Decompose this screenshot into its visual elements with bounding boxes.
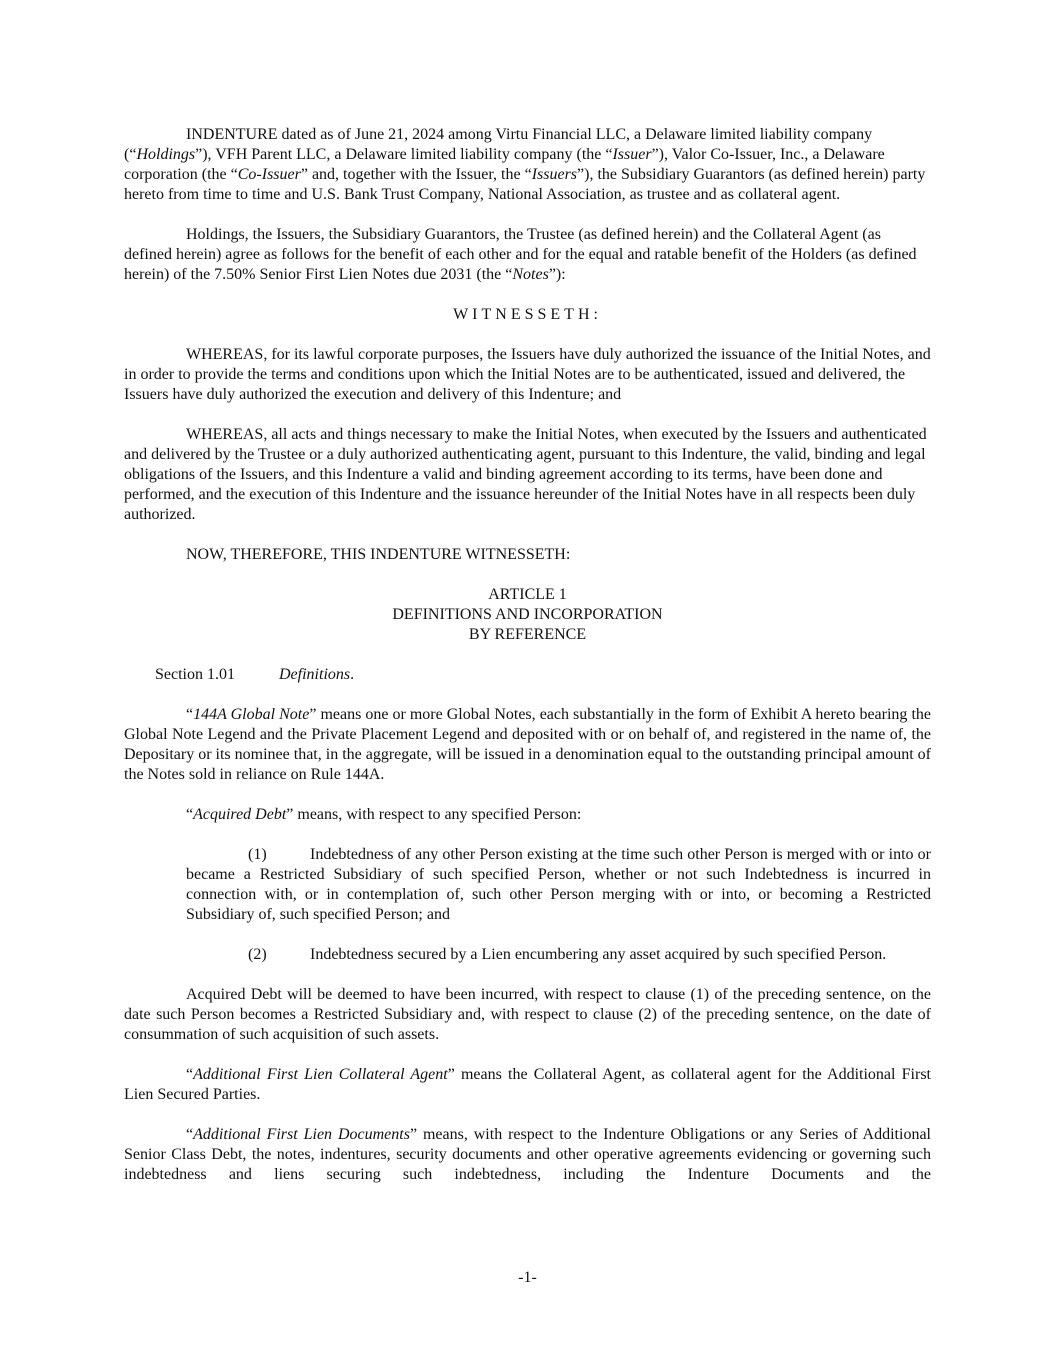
clause-label: (2) — [248, 945, 310, 965]
definition-additional-first-lien-collateral-agent: “Additional First Lien Collateral Agent”… — [124, 1065, 931, 1105]
witnesseth-heading: WITNESSETH: — [124, 305, 931, 325]
defined-term: Issuer — [612, 146, 651, 163]
section-title: Definitions — [279, 666, 350, 683]
defined-term: Additional First Lien Documents — [193, 1126, 410, 1143]
defined-term: Issuers — [532, 166, 577, 183]
article-number: ARTICLE 1 — [124, 585, 931, 605]
clause-1: (1)Indebtedness of any other Person exis… — [186, 845, 931, 925]
clause-label: (1) — [248, 845, 310, 865]
article-title-line-2: BY REFERENCE — [124, 625, 931, 645]
clause-2: (2)Indebtedness secured by a Lien encumb… — [186, 945, 931, 965]
parties-agreement-paragraph: Holdings, the Issuers, the Subsidiary Gu… — [124, 225, 931, 285]
section-number: Section 1.01 — [155, 665, 279, 685]
now-therefore-paragraph: NOW, THEREFORE, THIS INDENTURE WITNESSET… — [124, 545, 931, 565]
intro-paragraph: INDENTURE dated as of June 21, 2024 amon… — [124, 125, 931, 205]
page-number: -1- — [0, 1268, 1055, 1288]
defined-term: Holdings — [136, 146, 195, 163]
defined-term: Co-Issuer — [238, 166, 301, 183]
document-page: INDENTURE dated as of June 21, 2024 amon… — [124, 125, 931, 1205]
acquired-debt-followup: Acquired Debt will be deemed to have bee… — [124, 985, 931, 1045]
definition-acquired-debt: “Acquired Debt” means, with respect to a… — [124, 805, 931, 825]
whereas-paragraph-1: WHEREAS, for its lawful corporate purpos… — [124, 345, 931, 405]
defined-term: Notes — [512, 266, 548, 283]
defined-term: Acquired Debt — [193, 806, 286, 823]
defined-term: 144A Global Note — [193, 706, 309, 723]
article-heading: ARTICLE 1 DEFINITIONS AND INCORPORATION … — [124, 585, 931, 645]
whereas-paragraph-2: WHEREAS, all acts and things necessary t… — [124, 425, 931, 525]
article-title-line-1: DEFINITIONS AND INCORPORATION — [124, 605, 931, 625]
defined-term: Additional First Lien Collateral Agent — [193, 1066, 448, 1083]
definition-additional-first-lien-documents: “Additional First Lien Documents” means,… — [124, 1125, 931, 1185]
definition-144a-global-note: “144A Global Note” means one or more Glo… — [124, 705, 931, 785]
section-heading: Section 1.01Definitions. — [124, 665, 931, 685]
